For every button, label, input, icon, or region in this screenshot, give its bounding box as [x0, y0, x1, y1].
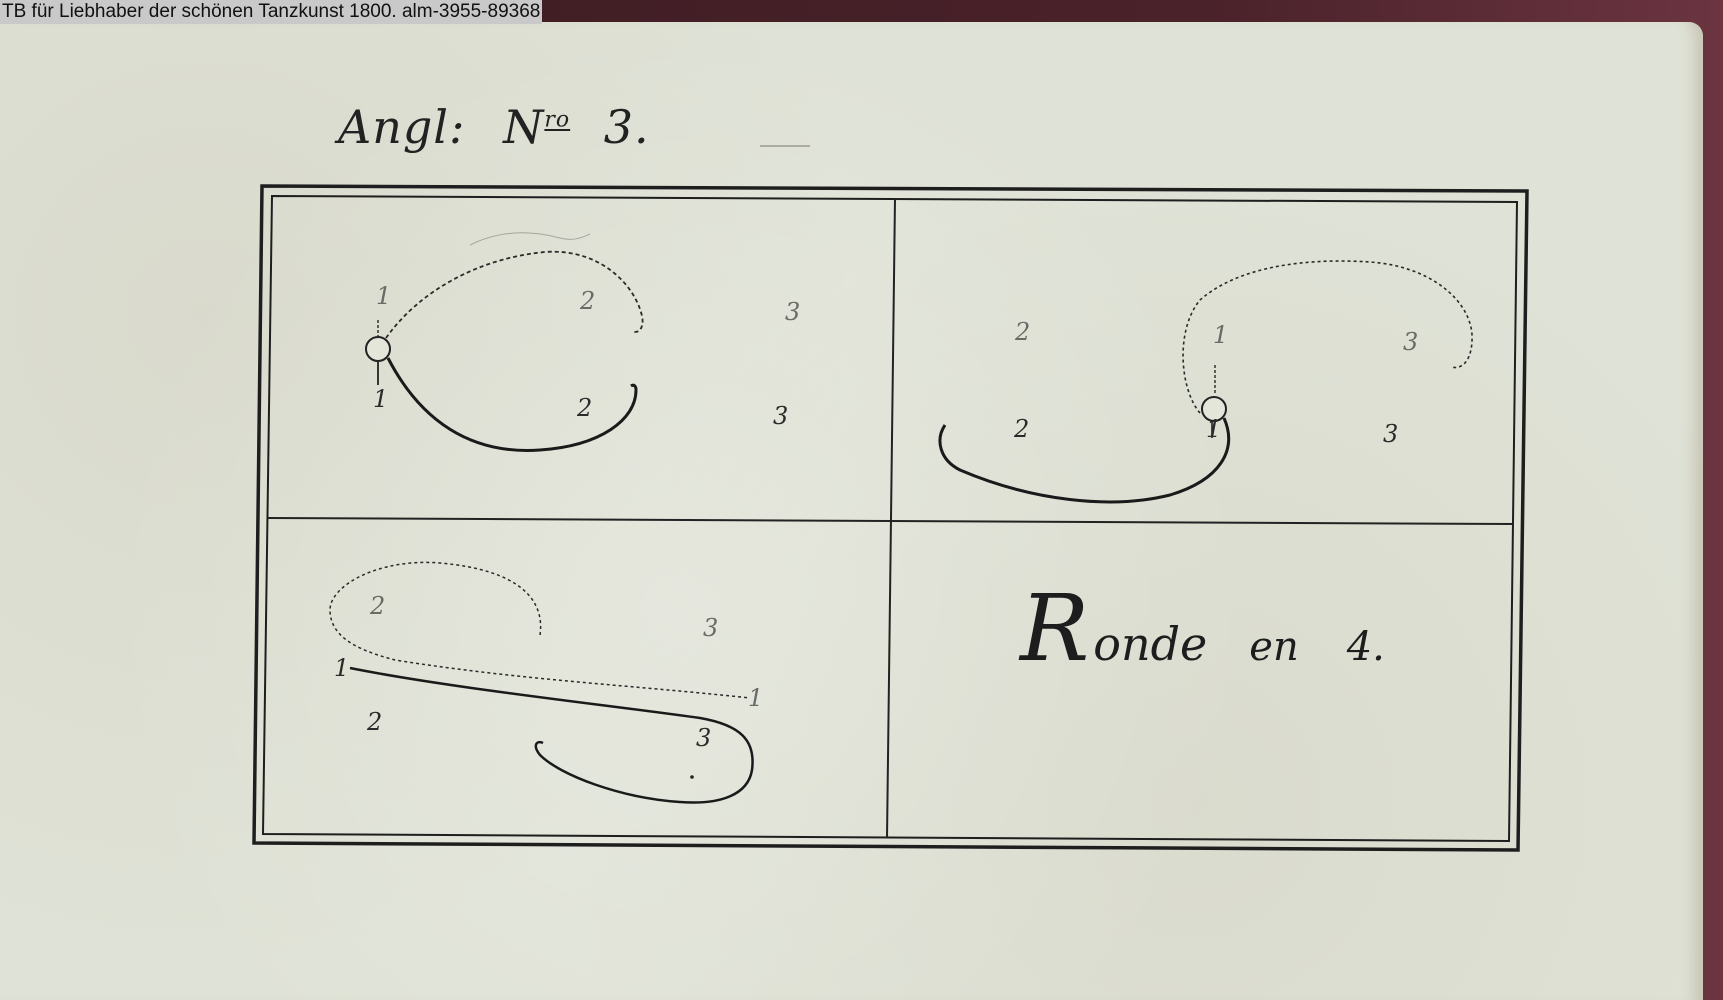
position-number-label: 2: [1014, 318, 1030, 346]
panel-bottom-left: 231123: [330, 562, 763, 802]
position-number-label: 2: [579, 287, 595, 315]
caption-number: 4.: [1347, 624, 1385, 670]
ink-dot: [690, 775, 694, 779]
position-number-label: 1: [748, 684, 763, 712]
dancer-position-circle: [366, 337, 390, 361]
position-number-label: 3: [1383, 420, 1398, 448]
position-number-label: 2: [369, 592, 385, 620]
caption-en: en: [1249, 624, 1298, 670]
position-number-label: 1: [373, 385, 388, 413]
position-number-label: 3: [773, 402, 788, 430]
dashed-path: [330, 562, 750, 698]
dashed-path: [386, 252, 643, 338]
position-number-label: 1: [1213, 321, 1228, 349]
position-number-label: 1: [376, 282, 391, 310]
solid-path: [350, 668, 753, 803]
dance-figure-plate: 112233 221133 231123: [0, 0, 1723, 1000]
panel-top-right: 221133: [940, 261, 1472, 502]
position-number-label: 3: [1403, 328, 1418, 356]
faint-squiggle: [470, 233, 590, 245]
position-number-label: 2: [366, 708, 382, 736]
position-number-label: 3: [703, 614, 718, 642]
position-number-label: 1: [1206, 415, 1221, 443]
caption-word: onde: [1093, 617, 1207, 671]
position-number-label: 2: [1013, 415, 1029, 443]
image-caption: TB für Liebhaber der schönen Tanzkunst 1…: [0, 0, 542, 24]
solid-path: [388, 358, 636, 450]
position-number-label: 3: [696, 724, 711, 752]
panel-top-left: 112233: [366, 233, 800, 451]
caption-initial: R: [1020, 575, 1089, 682]
position-number-label: 3: [785, 298, 800, 326]
panel-bottom-right-caption: Rondeen4.: [1020, 575, 1385, 682]
solid-path: [940, 418, 1229, 502]
position-number-label: 1: [334, 654, 349, 682]
position-number-label: 2: [576, 394, 592, 422]
vertical-divider: [887, 198, 895, 838]
